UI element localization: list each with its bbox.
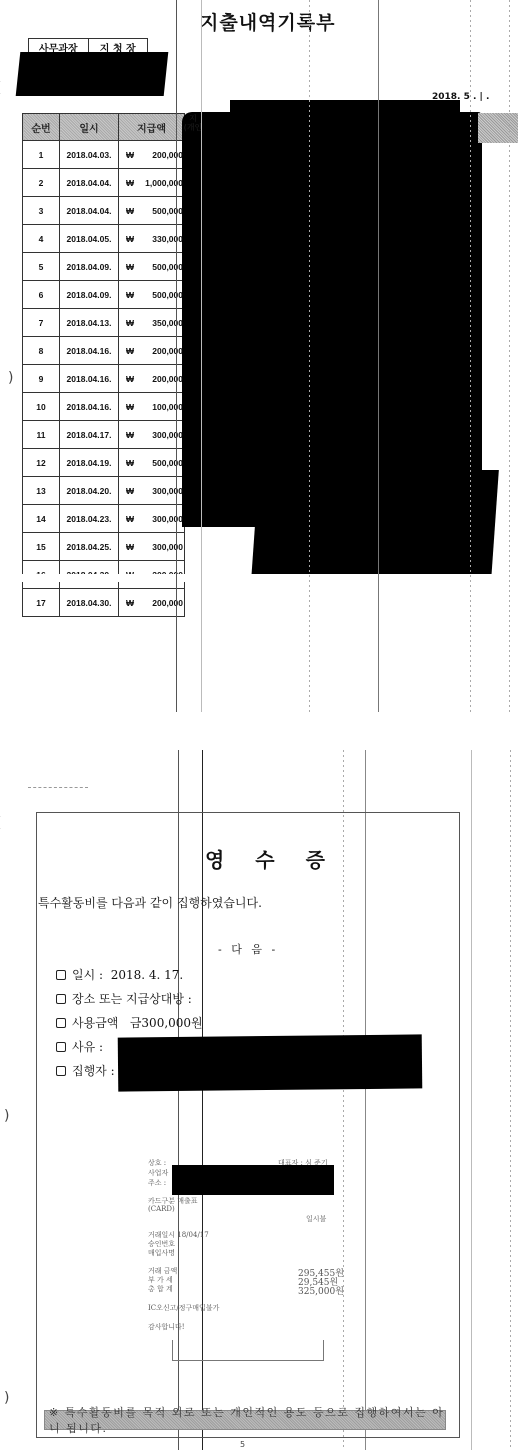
cell-cur: ₩	[119, 309, 139, 337]
table-row: 62018.04.09.₩500,000	[23, 281, 185, 309]
cell-cur: ₩	[119, 477, 139, 505]
scan-streak	[509, 0, 510, 712]
page-number: 5	[240, 1440, 245, 1449]
redaction	[172, 1165, 334, 1195]
cell-amount: 100,000	[138, 393, 185, 421]
cell-cur: ₩	[119, 505, 139, 533]
table-row: 42018.04.05.₩330,000	[23, 225, 185, 253]
cell-amount: 300,000	[138, 505, 185, 533]
cell-amount: 200,000	[138, 141, 185, 169]
cell-no: 3	[23, 197, 60, 225]
cell-cur: ₩	[119, 253, 139, 281]
cell-cur: ₩	[119, 169, 139, 197]
cell-date: 2018.04.09.	[60, 253, 119, 281]
cell-date: 2018.04.04.	[60, 197, 119, 225]
cell-no: 12	[23, 449, 60, 477]
cell-date: 2018.04.23.	[60, 505, 119, 533]
hidden-col-header: 지(개인	[183, 114, 203, 132]
scan-streak	[176, 0, 177, 712]
cell-date: 2018.04.20.	[60, 477, 119, 505]
cell-no: 11	[23, 421, 60, 449]
cell-no: 8	[23, 337, 60, 365]
checkbox-icon	[56, 994, 66, 1004]
cell-amount: 1,000,000	[138, 169, 185, 197]
table-row: 12018.04.03.₩200,000	[23, 141, 185, 169]
cell-no: 5	[23, 253, 60, 281]
cell-no: 4	[23, 225, 60, 253]
cell-amount: 200,000	[138, 589, 185, 617]
scan-streak	[309, 0, 310, 712]
cell-no: 14	[23, 505, 60, 533]
item-executor: 집행자 :	[56, 1062, 115, 1079]
cell-amount: 500,000	[138, 253, 185, 281]
table-row: 92018.04.16.₩200,000	[23, 365, 185, 393]
cell-amount: 200,000	[138, 365, 185, 393]
cell-amount: 500,000	[138, 449, 185, 477]
cell-cur: ₩	[119, 337, 139, 365]
cell-no: 15	[23, 533, 60, 561]
redaction	[182, 112, 482, 527]
redaction	[230, 100, 460, 140]
expense-table: 순번 일시 지급액 12018.04.03.₩200,00022018.04.0…	[22, 113, 185, 617]
scan-streak	[510, 750, 511, 1450]
scan-mark: )	[4, 1108, 9, 1124]
cell-amount: 350,000	[138, 309, 185, 337]
cell-no: 17	[23, 589, 60, 617]
cell-no: 6	[23, 281, 60, 309]
checkbox-icon	[56, 1066, 66, 1076]
cell-no: 9	[23, 365, 60, 393]
checkbox-icon	[56, 1018, 66, 1028]
scan-mark	[28, 787, 88, 789]
receipt-title: 영 수 증	[205, 844, 337, 873]
cell-amount: 500,000	[138, 281, 185, 309]
table-row: 122018.04.19.₩500,000	[23, 449, 185, 477]
table-row: 112018.04.17.₩300,000	[23, 421, 185, 449]
cell-date: 2018.04.16.	[60, 393, 119, 421]
cell-amount: 300,000	[138, 533, 185, 561]
redaction	[118, 1034, 423, 1091]
cell-date: 2018.04.13.	[60, 309, 119, 337]
cell-date: 2018.04.03.	[60, 141, 119, 169]
cell-cur: ₩	[119, 449, 139, 477]
cell-no: 10	[23, 393, 60, 421]
col-header-no: 순번	[23, 114, 60, 141]
item-date: 일시 : 2018. 4. 17.	[56, 966, 183, 983]
cell-cur: ₩	[119, 365, 139, 393]
subtitle: - 다 음 -	[218, 941, 278, 957]
cell-no: 2	[23, 169, 60, 197]
cell-cur: ₩	[119, 225, 139, 253]
cell-date: 2018.04.05.	[60, 225, 119, 253]
cell-date: 2018.04.19.	[60, 449, 119, 477]
cell-amount: 330,000	[138, 225, 185, 253]
table-row: 52018.04.09.₩500,000	[23, 253, 185, 281]
cell-date: 2018.04.30.	[60, 589, 119, 617]
table-row: 142018.04.23.₩300,000	[23, 505, 185, 533]
cell-date: 2018.04.04.	[60, 169, 119, 197]
cell-date: 2018.04.17.	[60, 421, 119, 449]
cell-cur: ₩	[119, 421, 139, 449]
cell-date: 2018.04.25.	[60, 533, 119, 561]
cell-cur: ₩	[119, 589, 139, 617]
scan-mark: (	[0, 80, 1, 96]
cell-no: 7	[23, 309, 60, 337]
intro-text: 특수활동비를 다음과 같이 집행하였습니다.	[38, 894, 262, 911]
warning-notice: ※ 특수활동비를 목적 외로 또는 개인적인 용도 등으로 집행하여서는 아니 …	[44, 1410, 446, 1430]
cell-cur: ₩	[119, 197, 139, 225]
cell-date: 2018.04.16.	[60, 365, 119, 393]
cell-no: 1	[23, 141, 60, 169]
checkbox-icon	[56, 1042, 66, 1052]
item-amount: 사용금액 금300,000원	[56, 1014, 203, 1031]
table-row: 132018.04.20.₩300,000	[23, 477, 185, 505]
cell-cur: ₩	[119, 281, 139, 309]
table-row: 172018.04.30.₩200,000	[23, 589, 185, 617]
cell-amount: 200,000	[138, 337, 185, 365]
cell-no: 13	[23, 477, 60, 505]
cell-date: 2018.04.09.	[60, 281, 119, 309]
cell-cur: ₩	[119, 533, 139, 561]
scan-streak	[471, 750, 472, 1450]
cell-cur: ₩	[119, 393, 139, 421]
checkbox-icon	[56, 970, 66, 980]
col-header-amount: 지급액	[119, 114, 185, 141]
scan-streak	[378, 0, 379, 712]
table-row: 22018.04.04.₩1,000,000	[23, 169, 185, 197]
table-row: 82018.04.16.₩200,000	[23, 337, 185, 365]
table-row: 72018.04.13.₩350,000	[23, 309, 185, 337]
scan-mark: (	[0, 815, 1, 831]
cell-amount: 500,000	[138, 197, 185, 225]
cell-amount: 300,000	[138, 477, 185, 505]
item-place: 장소 또는 지급상대방 :	[56, 990, 192, 1007]
cell-cur: ₩	[119, 141, 139, 169]
scan-mark: )	[4, 1390, 9, 1406]
redaction	[251, 470, 499, 580]
col-header-date: 일시	[60, 114, 119, 141]
scan-mark: )	[8, 370, 13, 386]
shaded-header-right	[478, 113, 518, 143]
item-reason: 사유 :	[56, 1038, 103, 1055]
table-row: 152018.04.25.₩300,000	[23, 533, 185, 561]
cell-date: 2018.04.16.	[60, 337, 119, 365]
page-title: 지출내역기록부	[200, 8, 335, 35]
table-row: 102018.04.16.₩100,000	[23, 393, 185, 421]
scan-streak	[201, 0, 202, 712]
redaction	[16, 52, 169, 96]
table-row: 32018.04.04.₩500,000	[23, 197, 185, 225]
page-cut	[0, 574, 527, 582]
scan-streak	[470, 0, 471, 712]
cell-amount: 300,000	[138, 421, 185, 449]
